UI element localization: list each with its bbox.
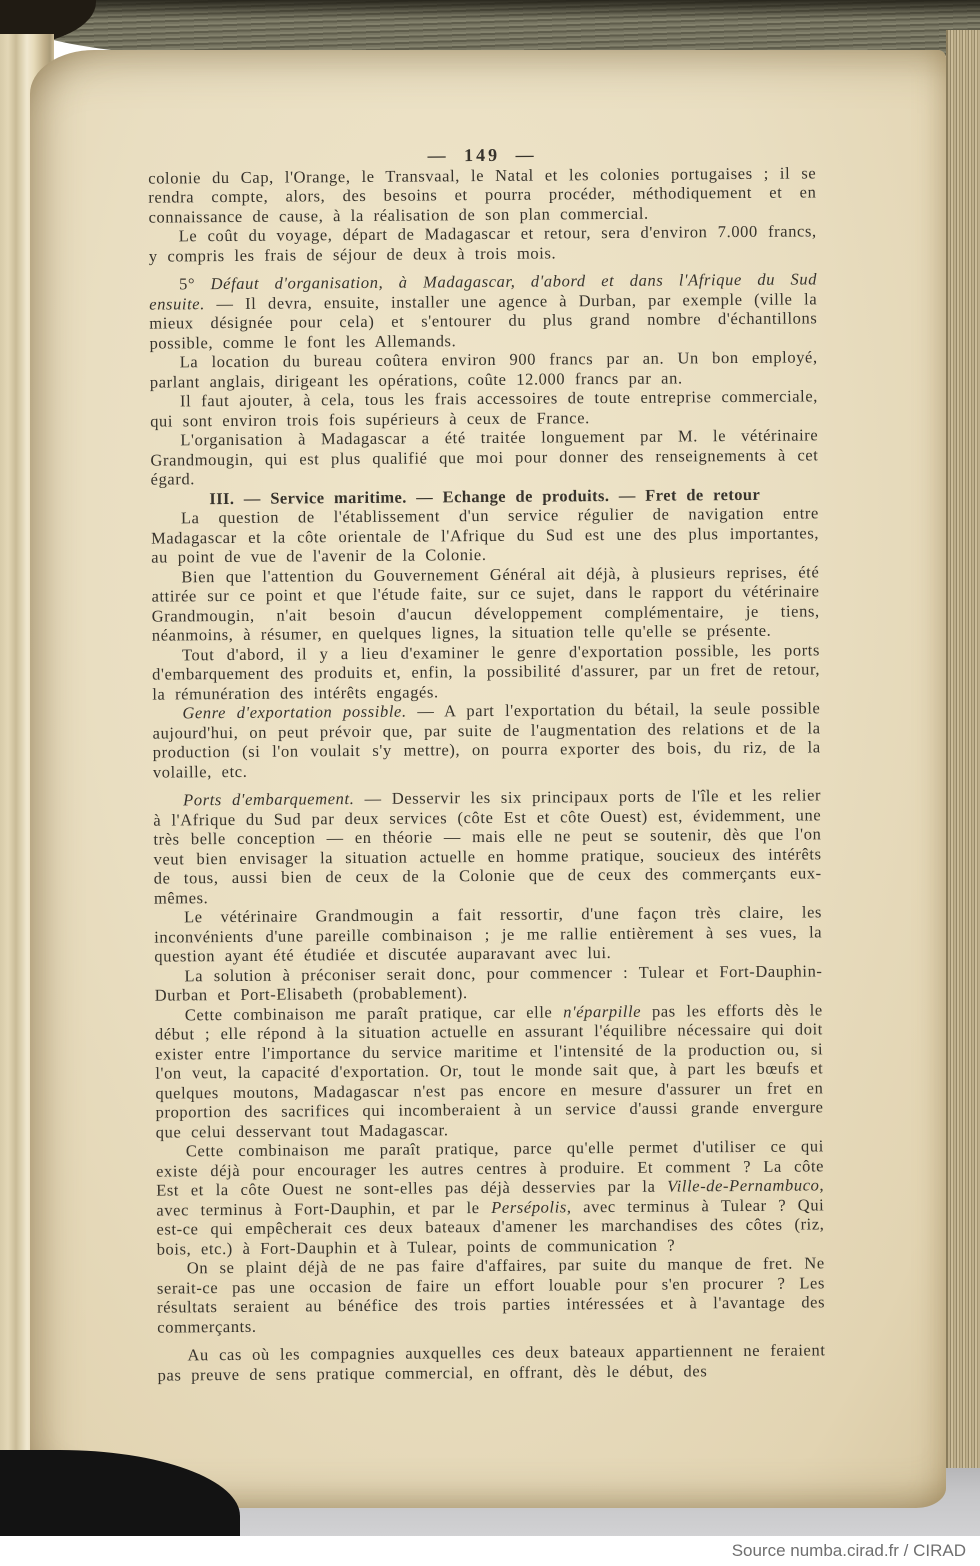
footer-bar: Source numba.cirad.fr / CIRAD bbox=[0, 1536, 980, 1566]
text-run: Il faut ajouter, à cela, tous les frais … bbox=[150, 386, 818, 430]
text-run: colonie du Cap, l'Orange, le Transvaal, … bbox=[148, 163, 816, 226]
italic-run: Ville-de-Pernambuco bbox=[667, 1175, 819, 1195]
paragraph: 5° Défaut d'organisation, à Madagascar, … bbox=[149, 269, 818, 352]
text-run: La location du bureau coûtera environ 90… bbox=[150, 347, 818, 391]
paragraph: La question de l'établissement d'un serv… bbox=[151, 503, 819, 567]
paragraph: Tout d'abord, il y a lieu d'examiner le … bbox=[152, 640, 820, 704]
italic-run: Genre d'exportation possible. bbox=[182, 702, 406, 723]
text-block: — 149 — colonie du Cap, l'Orange, le Tra… bbox=[148, 143, 826, 1384]
italic-run: Persépolis bbox=[491, 1197, 567, 1217]
paragraph: Cette combinaison me paraît pratique, pa… bbox=[156, 1136, 825, 1258]
text-run: Au cas où les compagnies auxquelles ces … bbox=[158, 1340, 826, 1384]
paragraphs-after-heading: La question de l'établissement d'un serv… bbox=[151, 503, 826, 1384]
text-run: Cette combinaison me paraît pratique, ca… bbox=[185, 1002, 564, 1024]
book-top-page-edges bbox=[0, 0, 980, 56]
text-run: Tout d'abord, il y a lieu d'examiner le … bbox=[152, 640, 820, 703]
text-run: On se plaint déjà de ne pas faire d'affa… bbox=[157, 1253, 825, 1336]
paragraph: Genre d'exportation possible. — A part l… bbox=[152, 698, 821, 781]
book-page: — 149 — colonie du Cap, l'Orange, le Tra… bbox=[30, 50, 946, 1508]
source-credit: Source numba.cirad.fr / CIRAD bbox=[732, 1541, 966, 1560]
paragraph: Au cas où les compagnies auxquelles ces … bbox=[157, 1340, 825, 1384]
text-run: Le coût du voyage, départ de Madagascar … bbox=[149, 221, 817, 265]
book-scan-scene: — 149 — colonie du Cap, l'Orange, le Tra… bbox=[0, 0, 980, 1566]
italic-run: Ports d'embarquement. bbox=[183, 789, 354, 809]
paragraphs-before-heading: colonie du Cap, l'Orange, le Transvaal, … bbox=[148, 163, 819, 489]
text-run: 5° bbox=[179, 274, 211, 293]
paragraph: La solution à préconiser serait donc, po… bbox=[154, 961, 822, 1005]
book-fore-edge bbox=[946, 30, 980, 1468]
paragraph: Le vétérinaire Grandmougin a fait ressor… bbox=[154, 902, 822, 966]
italic-run: n'éparpille bbox=[563, 1001, 641, 1021]
text-run: — Il devra, ensuite, installer une agenc… bbox=[149, 289, 817, 352]
text-run: Le vétérinaire Grandmougin a fait ressor… bbox=[154, 902, 822, 965]
text-run: La solution à préconiser serait donc, po… bbox=[155, 961, 823, 1005]
paragraph: La location du bureau coûtera environ 90… bbox=[150, 347, 818, 391]
text-run: L'organisation à Madagascar a été traité… bbox=[150, 425, 818, 488]
text-run: La question de l'établissement d'un serv… bbox=[151, 503, 819, 566]
paragraph: Bien que l'attention du Gouvernement Gén… bbox=[151, 562, 820, 645]
paragraph: On se plaint déjà de ne pas faire d'affa… bbox=[157, 1253, 826, 1336]
text-run: Bien que l'attention du Gouvernement Gén… bbox=[151, 562, 819, 645]
paragraph: Il faut ajouter, à cela, tous les frais … bbox=[150, 386, 818, 430]
paragraph: Ports d'embarquement. — Desservir les si… bbox=[153, 785, 822, 907]
paragraph: Le coût du voyage, départ de Madagascar … bbox=[149, 221, 817, 265]
paragraph: L'organisation à Madagascar a été traité… bbox=[150, 425, 818, 489]
paragraph: Cette combinaison me paraît pratique, ca… bbox=[155, 1000, 824, 1142]
paragraph: colonie du Cap, l'Orange, le Transvaal, … bbox=[148, 163, 816, 227]
